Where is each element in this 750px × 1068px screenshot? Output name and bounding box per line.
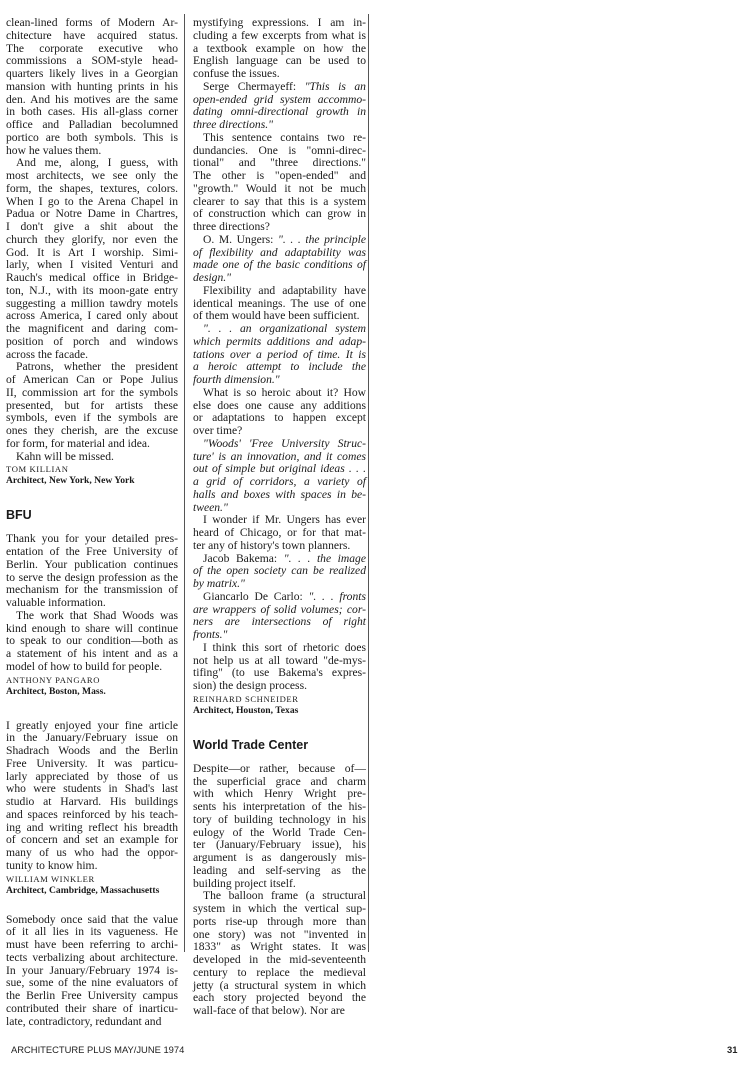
spacer [6,698,178,720]
text-line: three directions." [193,119,366,132]
text-line: leading and self-serving as the [193,865,366,878]
spacer [6,487,178,507]
column-rule-left [184,14,185,952]
section-heading: World Trade Center [193,737,366,753]
quote-text: ". . . fronts [309,590,367,603]
text-line: position of porch and windows [6,336,178,349]
signature-title: Architect, Boston, Mass. [6,686,178,698]
text-line: a statement of his intent and as a [6,648,178,661]
text-line: ton, N.J., with its moon-gate entry [6,285,178,298]
text-line: Shadrach Woods and the Berlin [6,745,178,758]
quote-text: "This is an [305,80,366,93]
text-line: tects verbalizing about architecture. [6,952,178,965]
signature-title: Architect, Houston, Texas [193,705,366,717]
quote-attribution: Giancarlo De Carlo: [203,590,309,603]
text-line: II, commission art for the symbols [6,387,178,400]
text-line: Giancarlo De Carlo: ". . . fronts [193,591,366,604]
page-number: 31 [727,1044,737,1055]
text-line: office and Palladian becolumned [6,119,178,132]
text-line: The other is "open-ended" and [193,170,366,183]
text-line: Berlin. Your publication continues [6,559,178,572]
text-line: must have been referring to archi- [6,939,178,952]
spacer [6,897,178,914]
text-line: clean-lined forms of Modern Ar- [6,17,178,30]
text-line: I think this sort of rhetoric does [193,642,366,655]
text-line: sion) the design process. [193,680,366,693]
text-line: a grid of corridors, a variety of [193,476,366,489]
text-line: ports rise-up through more than [193,916,366,929]
text-line: ". . . an organizational system [193,323,366,336]
text-line: fronts." [193,629,366,642]
text-line: Serge Chermayeff: "This is an [193,81,366,94]
text-line: Flexibility and adaptability have [193,285,366,298]
quote-text: ". . . the image [284,552,366,565]
text-line: entation of the Free University of [6,546,178,559]
text-line: chitecture have acquired status. [6,30,178,43]
text-line: the magnificent and daring com- [6,323,178,336]
text-line: many of us who had the oppor- [6,847,178,860]
text-line: Free University. It was particu- [6,758,178,771]
text-line: contributed their share of inarticu- [6,1003,178,1016]
text-line: "Woods' 'Free University Struc- [193,438,366,451]
text-line: for form, for material and idea. [6,438,178,451]
text-line: the Berlin Free University campus [6,990,178,1003]
text-line: which permits additions and adap- [193,336,366,349]
text-line: church they glorify, nor even the [6,234,178,247]
text-line: "growth." Would it not be much [193,183,366,196]
text-line: most architects, we see only the [6,170,178,183]
text-line: developed in the mid-seventeenth [193,954,366,967]
text-line: Kahn will be missed. [6,451,178,464]
text-line: valuable information. [6,597,178,610]
text-line: mansion with hunting prints in his [6,81,178,94]
text-line: cluding a few excerpts from what is [193,30,366,43]
text-line: over time? [193,425,366,438]
column-rule-right [368,14,369,952]
section-heading: BFU [6,507,178,523]
text-line: I don't give a shit about the [6,221,178,234]
signature-name: Anthony Pangaro [6,674,178,686]
text-line: portico are both symbols. This is [6,132,178,145]
text-line: quarters likely lives in a Georgian [6,68,178,81]
text-line: The work that Shad Woods was [6,610,178,623]
publication-footer: ARCHITECTURE PLUS MAY/JUNE 1974 [11,1044,184,1055]
text-line: design." [193,272,366,285]
text-line: sents his interpretation of the his- [193,801,366,814]
text-line: tunity to know him. [6,860,178,873]
text-line: argument is as dangerously mis- [193,852,366,865]
text-line: studio at Harvard. His buildings [6,796,178,809]
text-line: late, contradictory, redundant and [6,1016,178,1029]
text-line: fourth dimension." [193,374,366,387]
signature-title: Architect, Cambridge, Massachusetts [6,885,178,897]
spacer [193,717,366,737]
text-line: O. M. Ungers: ". . . the principle [193,234,366,247]
text-line: model of how to build for people. [6,661,178,674]
quote-attribution: Serge Chermayeff: [203,80,305,93]
text-line: form, the shapes, textures, colors. [6,183,178,196]
text-line: of American Can or Pope Julius [6,374,178,387]
text-line: century to replace the medieval [193,967,366,980]
signature-name: Reinhard Schneider [193,693,366,705]
quote-attribution: Jacob Bakema: [203,552,284,565]
signature-name: Tom Killian [6,463,178,475]
text-line: tory of building technology in his [193,814,366,827]
text-line: Rauch's medical office in Bridge- [6,272,178,285]
right-column: mystifying expressions. I am in-cluding … [193,17,366,1018]
text-line: halls and boxes with spaces in be- [193,489,366,502]
text-line: This sentence contains two re- [193,132,366,145]
text-line: system in which the vertical sup- [193,903,366,916]
text-line: mystifying expressions. I am in- [193,17,366,30]
text-line: and spaces reinforced by his teach- [6,809,178,822]
text-line: heard of Chicago, or for that mat- [193,527,366,540]
text-line: wall-face of that below). Nor are [193,1005,366,1018]
text-line: Despite—or rather, because of— [193,763,366,776]
quote-attribution: O. M. Ungers: [203,233,278,246]
signature-name: William Winkler [6,873,178,885]
quote-text: ". . . the principle [278,233,366,246]
text-line: ones they cherish, are the excuse [6,425,178,438]
signature-title: Architect, New York, New York [6,475,178,487]
text-line: What is so heroic about it? How [193,387,366,400]
left-column: clean-lined forms of Modern Ar-chitectur… [6,17,178,1028]
